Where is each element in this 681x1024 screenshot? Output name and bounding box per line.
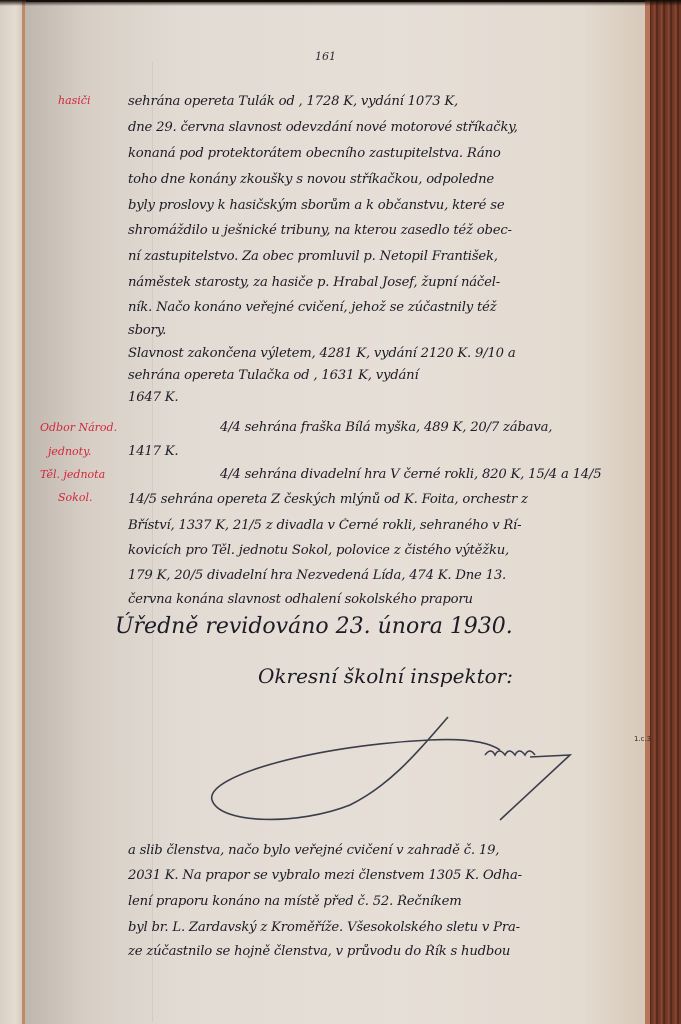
inspector-title: Okresní školní inspektor:: [258, 664, 513, 688]
revision-note: Úředně revidováno 23. února 1930.: [115, 614, 513, 639]
margin-note-jednoty: jednoty.: [48, 446, 91, 457]
text-line: 2031 K. Na prapor se vybralo mezi členst…: [128, 868, 643, 883]
text-line: 4/4 sehrána divadelní hra V černé rokli,…: [220, 467, 645, 482]
text-line: lení praporu konáno na místě před č. 52.…: [128, 894, 643, 909]
text-line: sehrána opereta Tulák od , 1728 K, vydán…: [128, 94, 643, 109]
text-line: 1417 K.: [128, 444, 643, 459]
text-line: 14/5 sehrána opereta Z českých mlýnů od …: [128, 492, 643, 507]
inspector-signature: [200, 705, 580, 835]
text-line: shromáždilo u ješnické tribuny, na ktero…: [128, 223, 643, 238]
page-edge-highlight: [645, 0, 650, 1024]
text-line: sehrána opereta Tulačka od , 1631 K, vyd…: [128, 368, 643, 383]
text-line: dne 29. června slavnost odevzdání nové m…: [128, 120, 643, 135]
text-line: ník. Načo konáno veřejné cvičení, jehož …: [128, 300, 643, 315]
text-line: 4/4 sehrána fraška Bílá myška, 489 K, 20…: [220, 420, 645, 435]
text-line: náměstek starosty, za hasiče p. Hrabal J…: [128, 275, 643, 290]
text-line: Bříství, 1337 K, 21/5 z divadla v Černé …: [128, 518, 643, 533]
top-shadow: [0, 0, 681, 6]
text-line: konaná pod protektorátem obecního zastup…: [128, 146, 643, 161]
text-line: byly proslovy k hasičským sborům a k obč…: [128, 198, 643, 213]
margin-note-odbor: Odbor Národ.: [40, 422, 117, 433]
text-line: června konána slavnost odhalení sokolské…: [128, 592, 643, 607]
margin-note-hasici: hasiči: [58, 95, 90, 106]
book-page-stack: [645, 0, 681, 1024]
page-number: 161: [315, 50, 336, 63]
text-line: toho dne konány zkoušky s novou stříkačk…: [128, 172, 643, 187]
text-line: kovicích pro Těl. jednotu Sokol, polovic…: [128, 543, 643, 558]
text-line: a slib členstva, načo bylo veřejné cviče…: [128, 843, 643, 858]
text-line: byl br. L. Zardavský z Kroměříže. Všesok…: [128, 920, 643, 935]
margin-note-tel-jednota: Těl. jednota: [40, 469, 105, 480]
text-line: ze zúčastnilo se hojně členstva, v průvo…: [128, 944, 643, 959]
text-line: ní zastupitelstvo. Za obec promluvil p. …: [128, 249, 643, 264]
text-line: 179 K, 20/5 divadelní hra Nezvedená Lída…: [128, 568, 643, 583]
edge-mark: 1.c.3: [634, 735, 651, 743]
text-line: Slavnost zakončena výletem, 4281 K, vydá…: [128, 346, 643, 361]
text-line: 1647 K.: [128, 390, 643, 405]
margin-note-sokol: Sokol.: [58, 492, 92, 503]
text-line: sbory.: [128, 323, 643, 338]
